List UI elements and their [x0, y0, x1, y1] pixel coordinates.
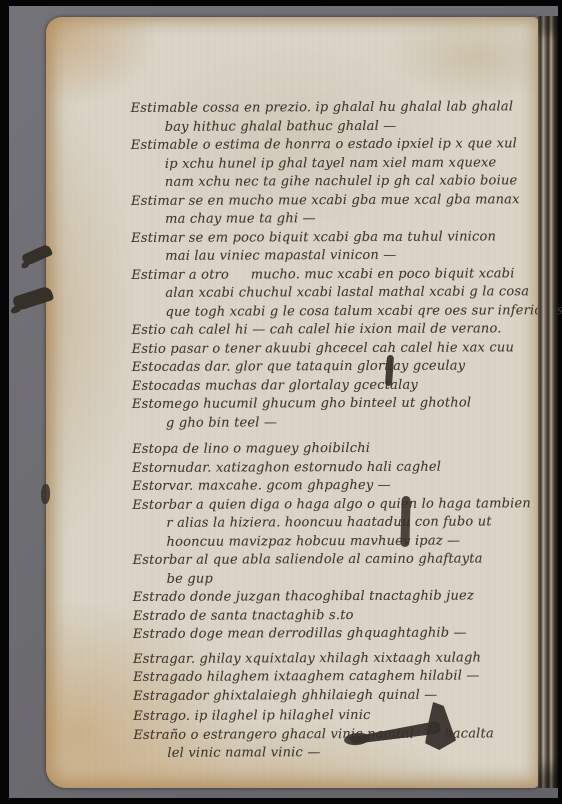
manuscript-line: Estragador ghixtalaiegh ghhilaiegh quina… — [133, 686, 562, 706]
manuscript-line: Estorvar. maxcahe. gcom ghpaghey — — [132, 476, 562, 496]
manuscript-line: mai lau viniec mapastal vinicon — — [131, 246, 562, 266]
manuscript-line: Estornudar. xatizaghon estornudo hali ca… — [132, 458, 562, 478]
manuscript-line: hooncuu mavizpaz hobcuu mavhuev ipaz — — [132, 532, 562, 552]
manuscript-line: Estorbar al que abla saliendole al camin… — [133, 550, 562, 570]
manuscript-line: que togh xcabi g le cosa talum xcabi qre… — [131, 302, 562, 322]
manuscript-line: Estimar a otro mucho. muc xcabi en poco … — [131, 265, 562, 285]
manuscript-line: Estrado de santa tnactaghib s.to — [133, 606, 562, 626]
manuscript-line: bay hithuc ghalal bathuc ghalal — — [131, 117, 562, 137]
manuscript-line: Estragar. ghilay xquixtalay xhilagh xixt… — [133, 649, 562, 669]
book-page-edge-strips — [538, 16, 558, 788]
manuscript-line: Estio cah calel hi — cah calel hie ixion… — [132, 320, 562, 340]
manuscript-line: Estimable cossa en prezio. ip ghalal hu … — [131, 98, 562, 118]
manuscript-line: ip xchu hunel ip ghal tayel nam xiel mam… — [131, 154, 562, 174]
manuscript-photo: Estimable cossa en prezio. ip ghalal hu … — [0, 0, 562, 804]
manuscript-text: Estimable cossa en prezio. ip ghalal hu … — [131, 98, 562, 763]
manuscript-line: Estorbar a quien diga o haga algo o quie… — [132, 495, 562, 515]
manuscript-line: Estocadas dar. glor que tataquin glorila… — [132, 357, 562, 377]
manuscript-page: Estimable cossa en prezio. ip ghalal hu … — [46, 17, 539, 788]
manuscript-line: Estrado donde juzgan thacoghibal tnactag… — [133, 587, 562, 607]
manuscript-line: Estragado hilaghem ixtaaghem cataghem hi… — [133, 667, 562, 687]
page-edge-ink-spot — [41, 484, 50, 504]
manuscript-line: Estomego hucumil ghucum gho binteel ut g… — [132, 394, 562, 414]
manuscript-line: r alias la hiziera. hooncuu haataduu con… — [132, 513, 562, 533]
manuscript-line: Estrago. ip ilaghel ip hilaghel vinic — [133, 706, 562, 726]
manuscript-line: alan xcabi chuchul xcabi lastal mathal x… — [131, 283, 562, 303]
manuscript-line: nam xchu nec ta gihe nachulel ip gh cal … — [131, 172, 562, 192]
manuscript-line: g gho bin teel — — [132, 413, 562, 433]
manuscript-line: Estocadas muchas dar glortalay gcectalay — [132, 376, 562, 396]
manuscript-line: ma chay mue ta ghi — — [131, 209, 562, 229]
manuscript-line: Estio pasar o tener akuubi ghcecel cah c… — [132, 339, 562, 359]
manuscript-line: Estimar se en mucho mue xcabi gba mue xc… — [131, 191, 562, 211]
ink-blot-mid-lower — [400, 496, 410, 547]
manuscript-line: lel vinic namal vinic — — [133, 743, 562, 763]
manuscript-line: be gup — [133, 569, 562, 589]
manuscript-line: Estrado doge mean derrodillas ghquaghtag… — [133, 624, 562, 644]
manuscript-line: Estopa de lino o maguey ghoibilchi — [132, 439, 562, 459]
manuscript-line: Estimable o estima de honrra o estado ip… — [131, 135, 562, 155]
manuscript-line: Estimar se em poco biquit xcabi gba ma t… — [131, 228, 562, 248]
